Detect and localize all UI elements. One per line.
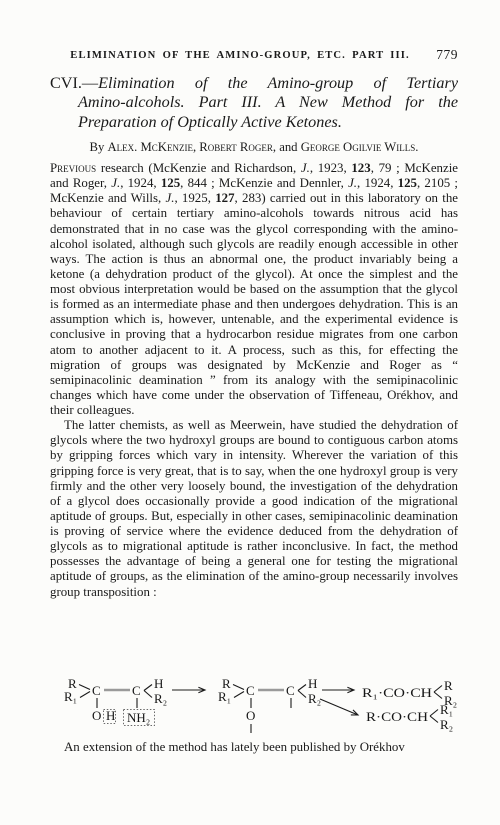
leaving-h-label: H [106,708,115,723]
page-header: ELIMINATION OF THE AMINO-GROUP, ETC. PAR… [50,50,458,66]
substituent-label: R₂ [308,691,321,706]
carbon-label: C [286,683,295,698]
text-segment: CVI.— [50,74,98,92]
text-segment: 123 [351,161,370,175]
paragraph: The latter chemists, as well as Meerwein… [50,418,458,600]
paragraph: An extension of the method has lately be… [50,740,458,755]
text-segment: George Ogilvie Wills [301,140,416,154]
text-segment: Robert Roger [199,140,273,154]
text-segment: J. [301,161,310,175]
text-segment: 125 [161,176,180,190]
substituent-label: H [154,676,163,691]
reaction-scheme: R R₁ C C H R₂ O H NH₂ R R₁ C [0,672,500,742]
text-segment: 125 [398,176,417,190]
running-title: ELIMINATION OF THE AMINO-GROUP, ETC. PAR… [50,50,458,61]
text-segment: J. [111,176,120,190]
product-formula: R·CO·CH [366,709,428,724]
text-segment: , 1923, [310,161,352,175]
text-segment: By [90,140,108,154]
carbon-label: C [246,683,255,698]
leaving-nh2-label: NH₂ [127,710,150,725]
text-segment: , 1924, [357,176,398,190]
byline: By Alex. McKenzie, Robert Roger, and Geo… [50,140,458,155]
reaction-arrow [320,699,358,715]
text-segment: An extension of the method has lately be… [64,740,405,754]
article-body: Previous research (McKenzie and Richards… [50,161,458,667]
product-formula: R₁·CO·CH [362,685,432,700]
oxygen-label: O [92,708,101,723]
carbon-label: C [132,683,141,698]
text-segment: The latter chemists, as well as Meerwein… [50,418,458,598]
substituent-label: H [308,676,317,691]
text-segment: , 1925, [174,191,215,205]
text-segment: , and [273,140,301,154]
text-segment: Alex. McKenzie [108,140,193,154]
page-number: 779 [436,47,458,63]
text-segment: 127 [215,191,234,205]
substituent-label: R [444,678,453,693]
journal-page: ELIMINATION OF THE AMINO-GROUP, ETC. PAR… [0,0,500,825]
oxygen-label: O [246,708,255,723]
carbon-label: C [92,683,101,698]
reactant-structure: R R₁ C C H R₂ O H NH₂ [64,676,167,726]
text-segment: Previous [50,161,96,175]
text-segment: , 844 ; McKenzie and Dennler, [180,176,348,190]
substituent-label: R₁ [64,689,77,704]
text-segment: . [415,140,418,154]
article-title-line: Preparation of Optically Active Ketones. [50,113,458,132]
article-title-line: CVI.—Elimination of the Amino-group of T… [50,74,458,93]
article-title-line: Amino-alcohols. Part III. A New Method f… [50,93,458,112]
text-segment: Elimination of the Amino-group of Tertia… [98,74,458,92]
text-segment: research (McKenzie and Richardson, [96,161,301,175]
text-segment: , 283) carried out in this laboratory on… [50,191,458,417]
article-title: CVI.—Elimination of the Amino-group of T… [50,74,458,132]
substituent-label: R₂ [154,691,167,706]
substituent-label: R₁ [218,689,231,704]
product-2: R·CO·CH R₁ R₂ [366,702,453,732]
substituent-label: R₂ [440,717,453,732]
text-segment: J. [348,176,357,190]
substituent-label: R₁ [440,702,453,717]
text-segment: , 1924, [120,176,161,190]
intermediate-structure: R R₁ C C H R₂ O [218,676,321,733]
paragraph: Previous research (McKenzie and Richards… [50,161,458,418]
